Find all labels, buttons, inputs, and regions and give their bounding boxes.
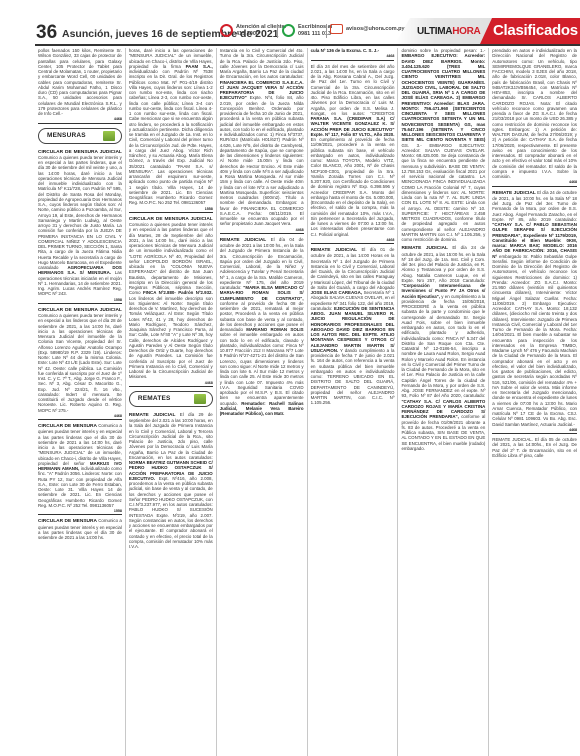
- notice-body: Y dando cumplimiento a la providencia de…: [311, 348, 395, 406]
- classified-notice: REMATE JUDICIAL. El día 05 de octubre de…: [492, 437, 577, 458]
- notice-title: CIRCULAR DE MENSURA JUDICIAL: [129, 217, 213, 222]
- phone-icon: [220, 24, 233, 37]
- notice-code: 4468: [129, 381, 213, 387]
- notice-title: REMATE JUDICIAL: [311, 248, 362, 253]
- notice-code: 4468: [220, 228, 304, 234]
- notice-code: 1558: [38, 298, 122, 304]
- notice-title: REMATE JUDICIAL: [492, 191, 537, 196]
- column-4: cula Nº 136 de la Excma. C. S. J.- 4468E…: [308, 48, 399, 756]
- notice-code: 4468: [38, 117, 122, 123]
- notice-body: Instancia en lo Civil y Comercial del 4t…: [220, 48, 304, 79]
- notice-bold-text: cula Nº 136 de la Excma. C. S. J.-: [311, 48, 379, 53]
- notice-bold-text: PARANA S.A. (CREDIPAR S.A) C/ WALTER VIC…: [311, 116, 395, 137]
- notice-body: REMATE JUDICIAL. El día 05 de octubre de…: [492, 437, 577, 458]
- notice-code: 4468: [311, 54, 395, 60]
- contact-email: avisos@uhora.com.py: [330, 24, 405, 34]
- section-icon: [103, 131, 115, 141]
- notice-body: Comunico a quienes puedan tener interés …: [129, 222, 213, 295]
- classified-notice: CIRCULAR DE MENSURA Comunico a quienes p…: [38, 518, 122, 540]
- notice-body: Expt. Nº416, año 2.008, procedemos a la …: [129, 476, 213, 549]
- notice-body: Los linderos del inmueble descripto son …: [129, 296, 213, 380]
- notice-title: CIRCULAR DE MENSURA: [38, 519, 98, 524]
- notice-bold-text: EJECUCIÓN DE SENTENCIA ABOG. JUAN MANUEL…: [311, 306, 395, 353]
- notice-body: individualizado como finc. "A" Padrón 30…: [38, 466, 122, 508]
- section-icon: [194, 394, 206, 404]
- notice-body: Comunico a quienes pueda tener interés y…: [38, 313, 122, 413]
- notice-body: El día 24 del mes de setiembre del año 2…: [311, 64, 395, 116]
- section-header: MENSURAS: [38, 128, 122, 144]
- notice-body: individualizado con Padrón Nº 7538 inscr…: [129, 69, 213, 205]
- notice-code: 4468: [492, 428, 577, 434]
- column-5: dominio sobre la propiedad pesan: 1.- EM…: [398, 48, 489, 756]
- notice-code: 4468: [492, 180, 577, 186]
- page-header: 36 Asunción, jueves 16 de septiembre de …: [0, 0, 580, 44]
- classified-notice: CIRCULAR DE MENSURA JUDICIAL Comunico a …: [129, 216, 213, 387]
- section-title: Clasificados: [493, 22, 578, 39]
- classifieds-columns: pollos faenados 150 kilos, Remitente Sr.…: [35, 48, 580, 756]
- notice-body: Comunico a quienes pueda tener interés y…: [38, 155, 122, 270]
- notice-bold-text: JOSE ELIAS CAREAGA,: [311, 290, 364, 295]
- classified-notice: Instancia en lo Civil y Comercial del 4t…: [220, 48, 304, 234]
- column-3: Instancia en lo Civil y Comercial del 4t…: [217, 48, 308, 756]
- column-6: prendado en autos e individualizado en l…: [489, 48, 580, 756]
- notice-body: El día 29 de septiembre del 2.021 a las …: [129, 412, 213, 460]
- notice-code: 1558: [38, 509, 122, 515]
- notice-body: Expte. Nº4, folio 84, año 2.019, por ord…: [220, 95, 304, 226]
- notice-body: Comunico a quienes puedan tener interés …: [38, 423, 122, 466]
- notice-body: En cumplimiento al proveído de fecha 11/…: [311, 137, 395, 237]
- notice-body: pollos faenados 150 kilos, Remitente Sr.…: [38, 48, 122, 116]
- classified-notice: horas, daré inicio a las operaciones de …: [129, 48, 213, 213]
- divider: [277, 24, 278, 38]
- notice-title: CIRCULAR DE MENSURA: [38, 424, 98, 429]
- contact-label: Atención al cliente:: [236, 24, 286, 30]
- section-header: REMATES: [129, 391, 213, 407]
- notice-title: CIRCULAR DE MENSURA JUDICIAL: [38, 308, 122, 313]
- section-label: MENSURAS: [47, 133, 86, 138]
- notice-bold-text: PAAM S.A.,: [186, 64, 213, 69]
- notice-code: 4468: [38, 414, 122, 420]
- notice-title: CIRCULAR DE MENSURA JUDICIAL: [38, 150, 122, 155]
- classified-notice: CIRCULAR DE MENSURA JUDICIAL Comunico a …: [38, 149, 122, 304]
- notice-body: El día 01 de octubre de 2021, a las 14:0…: [311, 247, 395, 290]
- newspaper-logo: ULTIMAHORA: [417, 26, 480, 37]
- classified-notice: REMATE JUDICIAL El día 01 de octubre de …: [311, 247, 395, 406]
- notice-body: sobre el inmueble embargado en autos con…: [220, 332, 304, 405]
- contact-value: 415 7000: [236, 31, 259, 37]
- notice-code: 1558: [129, 207, 213, 213]
- classified-notice: El día 24 del mes de setiembre del año 2…: [311, 64, 395, 245]
- notice-body: dominio sobre la propiedad pesan: 1.-: [401, 48, 485, 53]
- header-rule: [35, 44, 580, 46]
- classified-notice: prendado en autos e individualizado en l…: [492, 48, 577, 187]
- classified-notice: CIRCULAR DE MENSURA JUDICIAL Comunico a …: [38, 307, 122, 420]
- classified-notice: cula Nº 136 de la Excma. C. S. J.- 4468: [311, 48, 395, 61]
- notice-body: El día 24 de octubre de 2021, a las 15:0…: [401, 245, 485, 283]
- classified-notice: REMATE JUDICIAL El día 29 de septiembre …: [129, 412, 213, 550]
- contact-whatsapp: Escribinos al0981 111 013: [282, 24, 332, 37]
- classified-notice: REMATE JUDICIAL El día 24 de octubre de …: [492, 190, 577, 435]
- notice-body: El día 04 de octubre de 2021 a las 10:00…: [220, 237, 304, 290]
- section-label: REMATES: [138, 396, 171, 401]
- notice-bold-text: FINCA Nº2.880- Padrón Nº2.932.: [143, 290, 213, 295]
- classified-notice: dominio sobre la propiedad pesan: 1.- EM…: [401, 48, 485, 242]
- classified-notice: REMATE JUDICIAL El día 24 de octubre de …: [401, 245, 485, 451]
- column-1: pollos faenados 150 kilos, Remitente Sr.…: [35, 48, 126, 756]
- classified-notice: CIRCULAR DE MENSURA Comunico a quienes p…: [38, 423, 122, 515]
- contact-label: Escribinos al: [298, 24, 332, 30]
- brand-banner: ULTIMAHORA Clasificados: [395, 18, 580, 44]
- notice-title: REMATE JUDICIAL: [401, 246, 452, 251]
- envelope-icon: [330, 24, 343, 34]
- notice-body: embargado Sr. Pablo Sebastián Gulpe Sera…: [492, 254, 577, 427]
- divider: [326, 24, 327, 38]
- notice-bold-text: EMBARGO EJECUTIVO: Acreedor: DAVID DIEZ …: [401, 53, 485, 142]
- notice-title: REMATE JUDICIAL: [129, 413, 180, 418]
- classified-notice: REMATE JUDICIAL El día 04 de octubre de …: [220, 237, 304, 417]
- notice-bold-text: MARIANO ROMAN SOLIS: [246, 327, 303, 332]
- notice-code: 4468: [311, 238, 395, 244]
- column-2: horas, daré inicio a las operaciones de …: [126, 48, 217, 756]
- page-number: 36: [36, 22, 57, 44]
- notice-body: prendado en autos e individualizado en l…: [492, 48, 577, 179]
- whatsapp-icon: [282, 24, 295, 37]
- notice-title: REMATE JUDICIAL: [220, 238, 271, 243]
- classified-notice: pollos faenados 150 kilos, Remitente Sr.…: [38, 48, 122, 124]
- notice-body: GS. 3.- EMBARGO EJECUTIVO: Acreedor: SAL…: [401, 143, 485, 243]
- notice-body: conforme al proveído de fecha 01/09/2021…: [401, 414, 485, 451]
- notice-body: y en cumplimiento a la providencia de fe…: [401, 294, 485, 399]
